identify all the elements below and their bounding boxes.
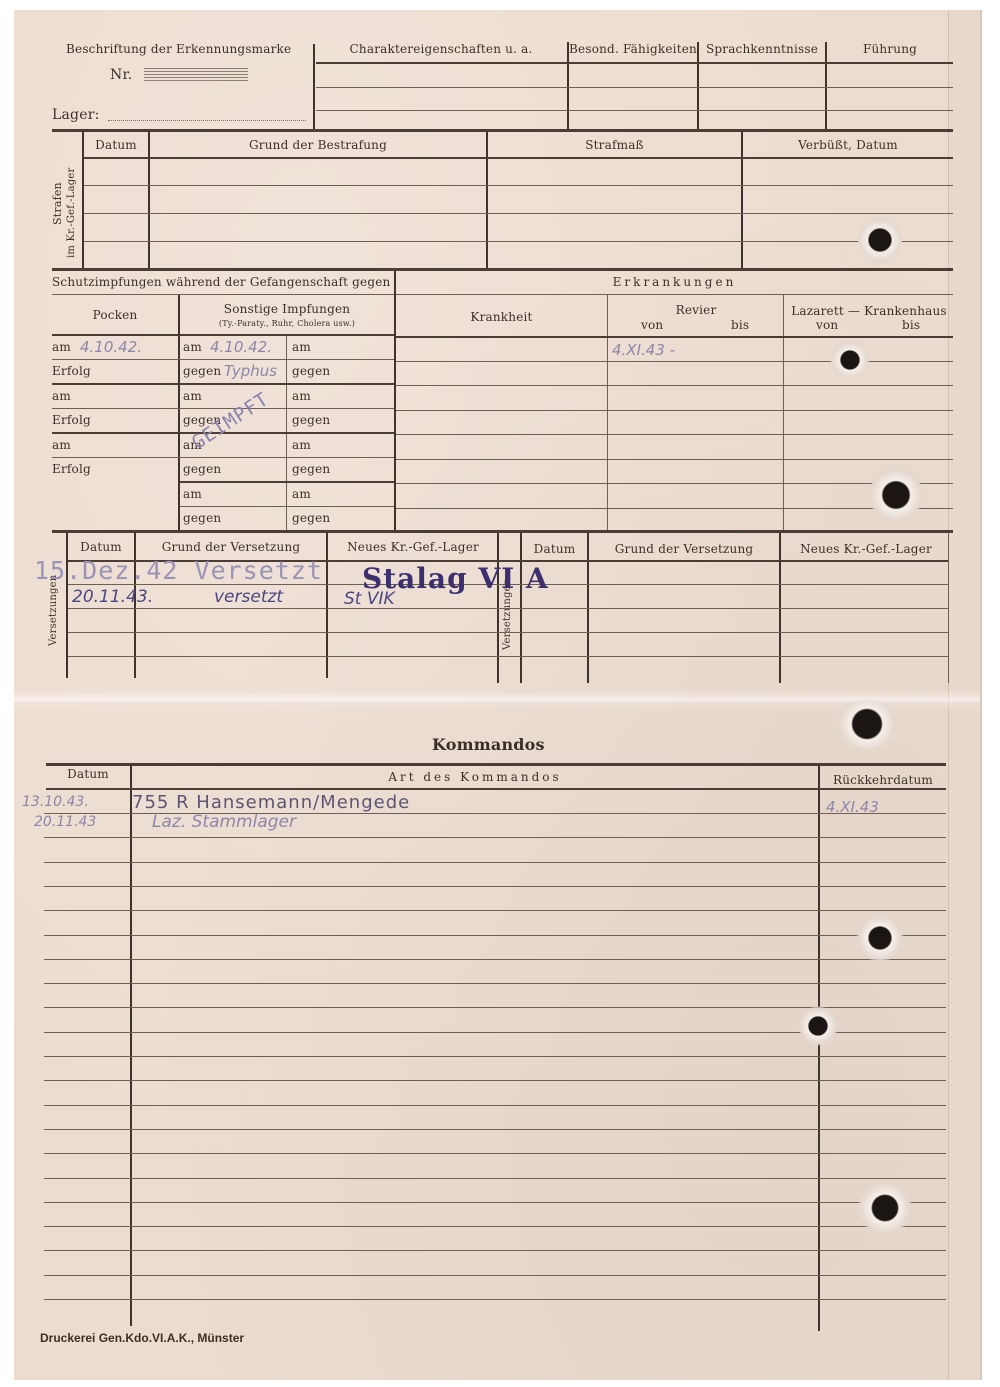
col-pocken: Pocken [52,308,178,322]
pocken-am-label: am [52,340,71,354]
vers-right-col-grund: Grund der Versetzung [589,542,779,556]
col-sonstige-impfungen: Sonstige Impfungen [180,302,394,316]
pocken-am-value: 4.10.42. [80,338,142,356]
divider [178,295,180,531]
col-besondere-faehigkeiten: Besond. Fähigkeiten [569,42,697,56]
punch-hole [858,214,902,266]
divider [607,295,608,531]
rule [316,110,953,111]
lager-field[interactable] [108,120,306,121]
rule [52,334,394,336]
vers-left-col-datum: Datum [68,540,134,554]
sonstige-am-label: am [292,438,311,452]
rule [396,459,953,460]
rule [84,241,953,242]
strafen-col-datum: Datum [84,138,148,152]
rule [52,457,394,458]
rule [52,129,953,132]
punch-hole [858,1180,912,1236]
strafen-col-grund: Grund der Bestrafung [150,138,486,152]
rule [46,788,946,790]
sonstige-gegen-label: gegen [183,511,221,525]
rule [52,268,953,271]
printer-imprint: Druckerei Gen.Kdo.VI.A.K., Münster [40,1331,244,1345]
divider [286,336,287,532]
sonstige-am-label: am [292,389,311,403]
rule [52,530,953,533]
erkennungsmarke-heading: Beschriftung der Erkennungsmarke [66,42,291,56]
pocken-am-label: am [52,438,71,452]
col-lazarett: Lazarett — Krankenhaus [785,304,953,318]
strafen-col-verbuesst: Verbüßt, Datum [743,138,953,152]
punch-hole [830,340,870,380]
sonstige-gegen-label: gegen [292,462,330,476]
kommando-row1-art: 755 R Hansemann/Mengede [132,792,410,813]
rule [180,506,394,507]
rule [52,383,394,385]
rule [396,434,953,435]
impfungen-heading: Schutzimpfungen während der Gefangenscha… [52,275,390,289]
rule [396,483,953,484]
kommando-row-rule [44,959,946,960]
lager-label: Lager: [52,107,100,123]
sonstige-gegen-label: gegen [292,511,330,525]
sonstige-gegen-label: gegen [292,364,330,378]
kommandos-heading: Kommandos [432,735,545,754]
kommandos-col-rueckkehr: Rückkehrdatum [820,773,946,787]
kommando-row-rule [44,1299,946,1300]
strafen-side-sublabel: im Kr.-Gef.-Lager [66,168,77,258]
vers-row2-grund: versetzt [214,587,283,607]
vers-left-col-lager: Neues Kr.-Gef.-Lager [328,540,498,554]
vers-right-col-datum: Datum [522,542,587,556]
divider [130,766,132,1326]
nr-field[interactable] [144,68,248,82]
kommando-row-rule [44,1080,946,1081]
vers-right-col-lager: Neues Kr.-Gef.-Lager [781,542,951,556]
revier-von: von [641,318,663,332]
rule [68,608,948,609]
sonstige-am-value: 4.10.42. [210,338,272,356]
revier-von-value: 4.XI.43 - [612,341,675,359]
rule [180,481,394,483]
lazarett-von: von [816,318,838,332]
nr-label: Nr. [110,67,132,83]
kommando-row-rule [44,1178,946,1179]
rule [68,632,948,633]
strafen-col-strafmass: Strafmaß [488,138,741,152]
kommando-row-rule [44,983,946,984]
kommando-row-rule [44,1129,946,1130]
sonstige-am-label: am [183,340,202,354]
pocken-erfolg-label: Erfolg [52,413,91,427]
kommando-row2-datum: 20.11.43 [34,814,96,830]
kommando-row-rule [44,935,946,936]
sonstige-gegen-label: gegen [292,413,330,427]
vers-row2-datum: 20.11.43. [72,587,153,607]
rule [46,763,946,766]
kommando-row-rule [44,1275,946,1276]
sonstige-gegen-value: Typhus [224,362,277,380]
rule [396,385,953,386]
typed-versetzt-entry: 15.Dez.42 Versetzt [34,556,323,585]
col-revier: Revier [609,303,783,317]
rule [84,157,953,159]
kommandos-col-datum: Datum [46,767,130,781]
lazarett-bis: bis [902,318,920,332]
col-sonstige-subtitle: (Ty.-Paraty., Ruhr, Cholera usw.) [180,319,394,328]
rule [316,87,953,88]
divider [313,44,315,130]
kommando-row-rule [44,1250,946,1251]
punch-hole [856,914,904,962]
col-sprachkenntnisse: Sprachkenntnisse [699,42,825,56]
sonstige-am-label: am [183,389,202,403]
pocken-erfolg-label: Erfolg [52,462,91,476]
kommando-row-rule [44,1105,946,1106]
sonstige-gegen-label: gegen [183,462,221,476]
rule [396,508,953,509]
col-charaktereigenschaften: Charaktereigenschaften u. a. [316,42,566,56]
punch-hole [798,1006,838,1046]
col-fuehrung: Führung [827,42,953,56]
erkrankungen-heading: Erkrankungen [396,275,953,289]
kommando-row-rule [44,1153,946,1154]
kommando-row-rule [44,837,946,838]
kommando-row-rule [44,1202,946,1203]
kommando-row1-datum: 13.10.43. [22,794,89,810]
versetzungen-side-label-left: Versetzungen [48,575,59,646]
rule [84,185,953,186]
rule [52,294,394,295]
card-fold [14,690,980,712]
kommando-row-rule [44,862,946,863]
rule [396,336,953,338]
kommando-row-rule [44,1226,946,1227]
divider [818,766,820,1331]
kommando-row-rule [44,1056,946,1057]
divider [948,533,949,683]
divider [783,295,784,531]
vers-row2-lager: St VIK [344,589,395,609]
rule [52,359,394,360]
rule [52,408,394,409]
col-krankheit: Krankheit [396,310,607,324]
kommando-row-rule [44,813,946,814]
sonstige-am-label: am [292,340,311,354]
vers-left-col-grund: Grund der Versetzung [136,540,326,554]
sonstige-am-label: am [292,487,311,501]
sonstige-gegen-label: gegen [183,364,221,378]
rule [68,656,948,657]
rule [396,410,953,411]
kommando-row-rule [44,886,946,887]
kommando-row2-art: Laz. Stammlager [152,812,296,832]
revier-bis: bis [731,318,749,332]
rule [84,213,953,214]
rule [316,62,953,64]
kommandos-col-art: Art des Kommandos [132,770,818,784]
pocken-am-label: am [52,389,71,403]
punch-hole [830,700,904,748]
punch-hole [870,464,922,526]
sonstige-am-label: am [183,487,202,501]
kommando-row-rule [44,910,946,911]
strafen-side-label: Strafen [51,182,64,225]
rule [396,294,953,295]
pocken-erfolg-label: Erfolg [52,364,91,378]
